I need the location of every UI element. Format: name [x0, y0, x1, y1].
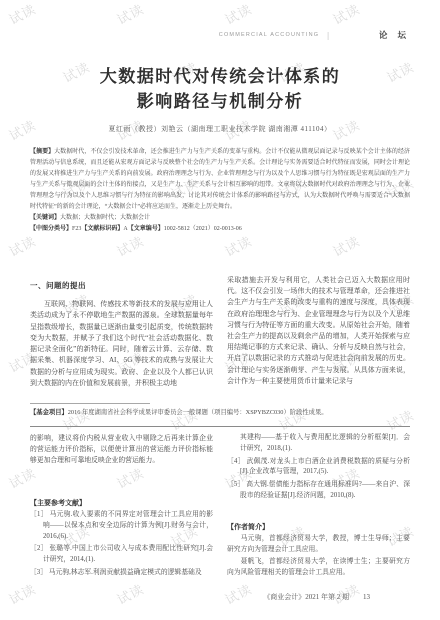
reference-item-4: ［4］ 武佩茂.对龙头上市白酒企业消费税数据的质疑与分析[J].企业改革与管理，…: [227, 457, 410, 479]
fund-footnote-rule: [30, 403, 150, 404]
abstract-label: 【摘要】: [30, 149, 54, 155]
keywords-text: 大数据；大数据时代；大数据会计: [60, 215, 150, 221]
doc-code-label: 【文献标识码】: [81, 226, 123, 232]
keywords-line: 【关键词】大数据；大数据时代；大数据会计: [30, 213, 410, 224]
keywords-label: 【关键词】: [30, 215, 60, 221]
article-title: 大数据时代对传统会计体系的 影响路径与机制分析: [30, 64, 410, 114]
trial-watermark: 试读: [221, 0, 255, 28]
references-heading: 【主要参考文献】: [30, 498, 213, 508]
fund-project-note: 【基金项目】2016 年度湖南省社会科学成果评审委员会一般课题（项目编号：XSP…: [30, 408, 410, 418]
section-1-heading: 一、问题的提出: [30, 280, 213, 291]
fund-text: 2016 年度湖南省社会科学成果评审委员会一般课题（项目编号：XSPYBZC03…: [68, 409, 328, 416]
reference-item-5: ［5］ 高大钢.偿债能力指标存在通用标准吗?——来自沪、深股市的经验证据[J].…: [227, 480, 410, 502]
page-footer: 《商业会计》2021 年第 2 期 13: [263, 592, 370, 602]
body-right-paragraph: 采取措施去开发与利用它，人类社会已迈入大数据应用时代。这不仅会引发一场伟大的技术…: [227, 275, 410, 387]
header-divider: |: [327, 31, 329, 40]
author-bio-heading: 【作者简介】: [227, 522, 410, 532]
trial-watermark: 试读: [5, 579, 39, 609]
reference-item-2: ［2］ 张璐等.中国上市公司收入与成本费用配比性研究[J].会计研究，2014,…: [30, 544, 213, 566]
body-columns: 一、问题的提出 互联网、物联网、传感技术等新技术的发展与应用让人类活动成为了永不…: [30, 275, 410, 399]
fund-label: 【基金项目】: [30, 409, 68, 416]
trial-watermark: 试读: [221, 579, 255, 609]
article-title-line1: 大数据时代对传统会计体系的: [30, 64, 410, 89]
article-title-line2: 影响路径与机制分析: [30, 89, 410, 114]
author-bio-1: 马元驹，首都经济贸易大学，教授，博士生导师；主要研究方向为管理会计工具应用。: [227, 534, 410, 556]
trial-watermark: 试读: [329, 0, 363, 28]
body-left-column: 一、问题的提出 互联网、物联网、传感技术等新技术的发展与应用让人类活动成为了永不…: [30, 275, 213, 399]
author-bio-2: 聂帆飞，首都经济贸易大学，在读博士生；主要研究方向为风险管理相关的管理会计工具应…: [227, 557, 410, 579]
footer-page-number: 13: [363, 593, 370, 601]
reference-item-3: ［3］ 马元驹,林志军.利润贡献损益确定模式的逻辑基础及: [30, 568, 213, 579]
abstract-block: 【摘要】大数据时代，不仅会引发技术革命，还会推进生产力与生产关系的变革与重构。会…: [30, 147, 410, 213]
trial-watermark: 试读: [113, 579, 147, 609]
page-content: COMMERCIAL ACCOUNTING | 论 坛 大数据时代对传统会计体系…: [30, 30, 410, 579]
column-name: 论 坛: [379, 29, 410, 41]
page-header: COMMERCIAL ACCOUNTING | 论 坛: [30, 30, 410, 40]
body-right-column: 采取措施去开发与利用它，人类社会已迈入大数据应用时代。这不仅会引发一场伟大的技术…: [227, 275, 410, 399]
abstract-text: 大数据时代，不仅会引发技术革命，还会推进生产力与生产关系的变革与重构。会计不仅能…: [30, 149, 410, 210]
footer-journal-issue: 《商业会计》2021 年第 2 期: [263, 592, 349, 602]
clc-label: 【中图分类号】: [30, 226, 72, 232]
section-separator-rule: [30, 426, 410, 427]
paper-page: 试读试读试读试读试读试读试读试读试读试读试读试读试读试读试读试读试读试读试读试读…: [0, 0, 440, 620]
trial-watermark: 试读: [5, 0, 39, 28]
reference-item-1: ［1］ 马元驹.收入要素的不同界定对管理会计工具应用的影响——以保本点和安全边际…: [30, 510, 213, 542]
journal-name-english: COMMERCIAL ACCOUNTING: [219, 32, 319, 38]
reference-item-3-continuation: 其建构——基于收入与费用配比逻辑的分析框架[J]．会计研究，2018,(1).: [227, 433, 410, 455]
classification-line: 【中图分类号】F23【文献标识码】A【文章编号】1002-5812（2021）0…: [30, 224, 410, 235]
body-left-paragraph: 互联网、物联网、传感技术等新技术的发展与应用让人类活动成为了永不停歇地生产数据的…: [30, 299, 213, 389]
article-id-value: 1002-5812（2021）02-0013-06: [164, 226, 242, 232]
bottom-columns: 的影响，建议将价内税从营业收入中剔除之后再来计算企业的营运能力评价指标，以便使计…: [30, 433, 410, 579]
article-id-label: 【文章编号】: [128, 226, 164, 232]
bottom-left-column: 的影响，建议将价内税从营业收入中剔除之后再来计算企业的营运能力评价指标，以便使计…: [30, 433, 213, 579]
bottom-right-column: 其建构——基于收入与费用配比逻辑的分析框架[J]．会计研究，2018,(1). …: [227, 433, 410, 579]
bottom-left-paragraph: 的影响，建议将价内税从营业收入中剔除之后再来计算企业的营运能力评价指标，以便使计…: [30, 433, 213, 466]
clc-value: F23: [72, 226, 81, 232]
trial-watermark: 试读: [113, 0, 147, 28]
author-line: 夏红雨（教授）刘艳云（湖南理工职业技术学院 湖南湘潭 411104）: [30, 124, 410, 134]
